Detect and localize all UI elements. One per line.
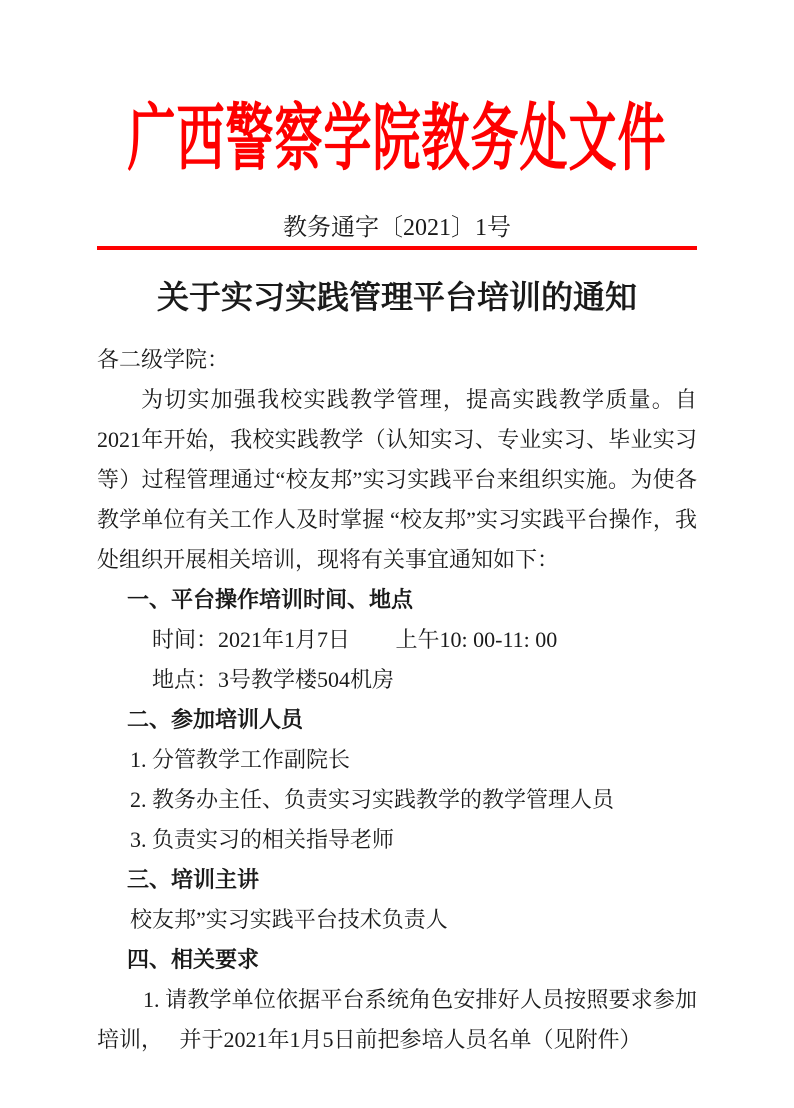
red-separator-line — [97, 246, 697, 250]
notice-title: 关于实习实践管理平台培训的通知 — [97, 276, 697, 318]
red-head-title: 广西警察学院教务处文件 — [97, 72, 697, 209]
training-place-line: 地点：3号教学楼504机房 — [97, 660, 697, 700]
training-date: 时间：2021年1月7日 — [152, 620, 350, 660]
requirement-item-1: 1. 请教学单位依据平台系统角色安排好人员按照要求参加培训， 并于2021年1月… — [97, 980, 697, 1060]
participant-item-2: 2. 教务办主任、负责实习实践教学的教学管理人员 — [97, 780, 697, 820]
document-page: 广西警察学院教务处文件 教务通字〔2021〕1号 关于实习实践管理平台培训的通知… — [0, 0, 794, 1108]
section-4-heading: 四、相关要求 — [97, 940, 697, 980]
salutation: 各二级学院： — [97, 340, 697, 380]
trainer-line: 校友邦”实习实践平台技术负责人 — [97, 900, 697, 940]
section-3-heading: 三、培训主讲 — [97, 860, 697, 900]
doc-number: 教务通字〔2021〕1号 — [97, 213, 697, 243]
notice-body: 各二级学院： 为切实加强我校实践教学管理，提高实践教学质量。自2021年开始，我… — [97, 340, 697, 1060]
participant-item-3: 3. 负责实习的相关指导老师 — [97, 820, 697, 860]
training-time-range: 上午10: 00-11: 00 — [396, 627, 558, 652]
training-time-line: 时间：2021年1月7日 上午10: 00-11: 00 — [97, 620, 697, 660]
participant-item-1: 1. 分管教学工作副院长 — [97, 740, 697, 780]
intro-paragraph: 为切实加强我校实践教学管理，提高实践教学质量。自2021年开始，我校实践教学（认… — [97, 380, 697, 580]
section-2-heading: 二、参加培训人员 — [97, 700, 697, 740]
section-1-heading: 一、平台操作培训时间、地点 — [97, 580, 697, 620]
